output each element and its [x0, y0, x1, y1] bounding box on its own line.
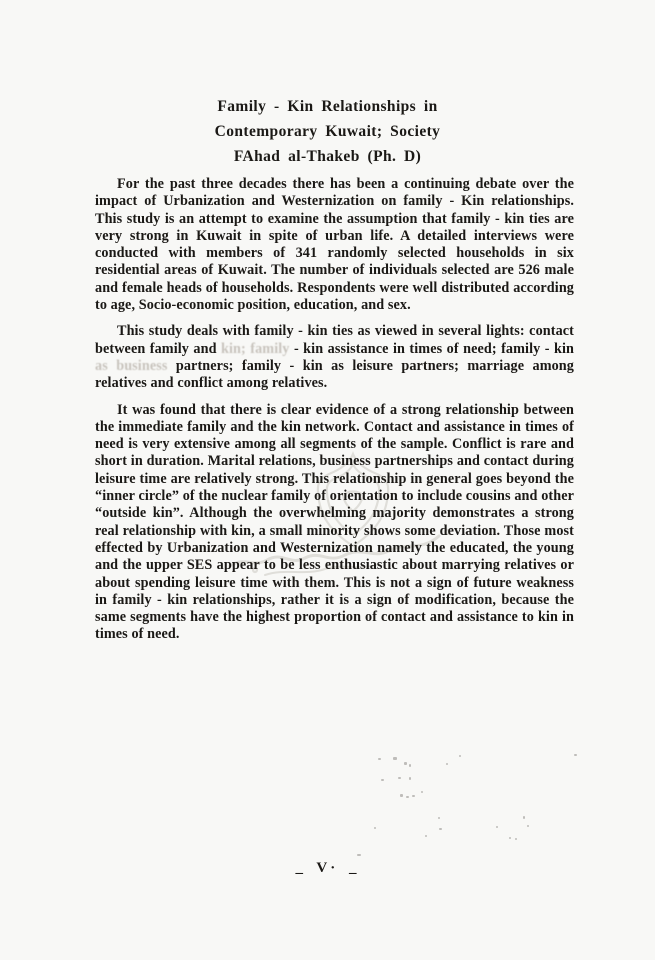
author-line: FAhad al-Thakeb (Ph. D) [0, 144, 655, 169]
paragraph: For the past three decades there has bee… [95, 176, 574, 314]
scan-speck [378, 758, 381, 760]
text-segment: For the past three decades there has bee… [95, 176, 574, 313]
paragraph: This study deals with family - kin ties … [95, 323, 574, 392]
title-line-2: Contemporary Kuwait; Society [0, 119, 655, 144]
scan-speck [459, 755, 461, 757]
scan-speck [421, 791, 423, 793]
scan-speck [496, 826, 498, 828]
scan-speck [409, 777, 411, 780]
scan-speck [393, 757, 397, 760]
text-segment: - kin assistance in times of need; famil… [290, 341, 575, 357]
scan-speck [357, 854, 361, 856]
scan-speck [406, 796, 409, 798]
scan-speck [412, 795, 415, 797]
page-number: _ V· _ [0, 860, 655, 877]
faded-text-segment: kin; family [221, 341, 290, 357]
scan-speck [409, 764, 411, 767]
scan-speck [439, 828, 442, 830]
abstract-body: For the past three decades there has bee… [95, 176, 574, 653]
scan-speck [400, 794, 403, 797]
scan-speck [374, 827, 376, 829]
scan-speck [398, 777, 401, 779]
scan-speck [381, 779, 384, 781]
scan-speck [438, 817, 440, 819]
scan-speck [523, 816, 525, 819]
title-line-1: Family - Kin Relationships in [0, 94, 655, 119]
scan-speck [446, 763, 448, 765]
faded-text-segment: as business [95, 358, 167, 374]
scan-speck [404, 762, 407, 765]
scan-speck [509, 837, 511, 839]
scan-speck [574, 754, 577, 756]
scan-speck [515, 838, 517, 840]
scan-speck [425, 835, 427, 837]
paragraph: It was found that there is clear evidenc… [95, 402, 574, 644]
paper-title-block: Family - Kin Relationships in Contempora… [0, 94, 655, 169]
scanned-paper-page: Family - Kin Relationships in Contempora… [0, 0, 655, 960]
scan-speck [527, 825, 529, 827]
text-segment: It was found that there is clear evidenc… [95, 402, 574, 643]
